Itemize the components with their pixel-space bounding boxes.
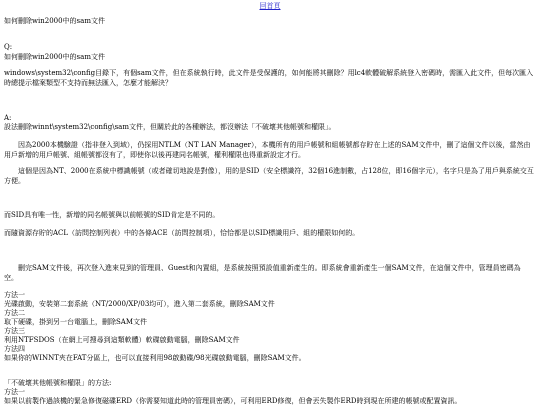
page-title: 如何刪除win2000中的sam文件 [4, 16, 105, 26]
question-label: Q: [4, 42, 12, 52]
sid-unique-text: 而SID具有唯一性，新增的同名帳號與以前帳號的SID肯定是不同的。 [4, 210, 219, 220]
acl-note-text: 而隨資源存貯的ACL（訪問控制列表）中的各條ACE（訪問控制項），恰恰都是以SI… [4, 228, 359, 238]
method-text: 如果你的WINNT夾在FAT分區上，也可以直接利用98啟動碟/98光碟啟動電腦，… [4, 353, 306, 363]
method-text: 取下硬碟，掛到另一台電腦上，刪除SAM文件 [4, 317, 147, 327]
answer-intro: 設法刪除winnt\system32\config\sam文件，但關於此的各種辦… [4, 122, 335, 132]
preserve-method-text: 如果以前製作過該機的緊急修復磁碟ERD（你需要知道此時的管理員密碼），可利用ER… [4, 396, 461, 405]
question-title: 如何刪除win2000中的sam文件 [4, 52, 105, 62]
method-text: 利用NTFSDOS（在網上可搜尋到這類軟體）軟碟啟動電腦，刪除SAM文件 [4, 335, 240, 345]
home-link[interactable]: 回首頁 [260, 2, 281, 10]
question-body: windows\system32\config目錄下，有個sam文件，但在系統執… [4, 68, 534, 88]
answer-paragraph: 這個是因為NT、2000在系統中標識帳號（或者確切地說是對像），用的是SID（安… [4, 166, 534, 186]
answer-paragraph: 因為2000本機驗證（指非登入到域），仍採用NTLM（NT LAN Manage… [4, 140, 534, 160]
after-delete-paragraph: 刪完SAM文件後，再次登入進來見到的管理員、Guest和內置組，是系統按照預設值… [4, 263, 534, 283]
home-link-container: 回首頁 [0, 1, 540, 11]
method-text: 光碟啟動，安裝第二套系統（NT/2000/XP/03均可），進入第二套系統，刪除… [4, 299, 275, 309]
